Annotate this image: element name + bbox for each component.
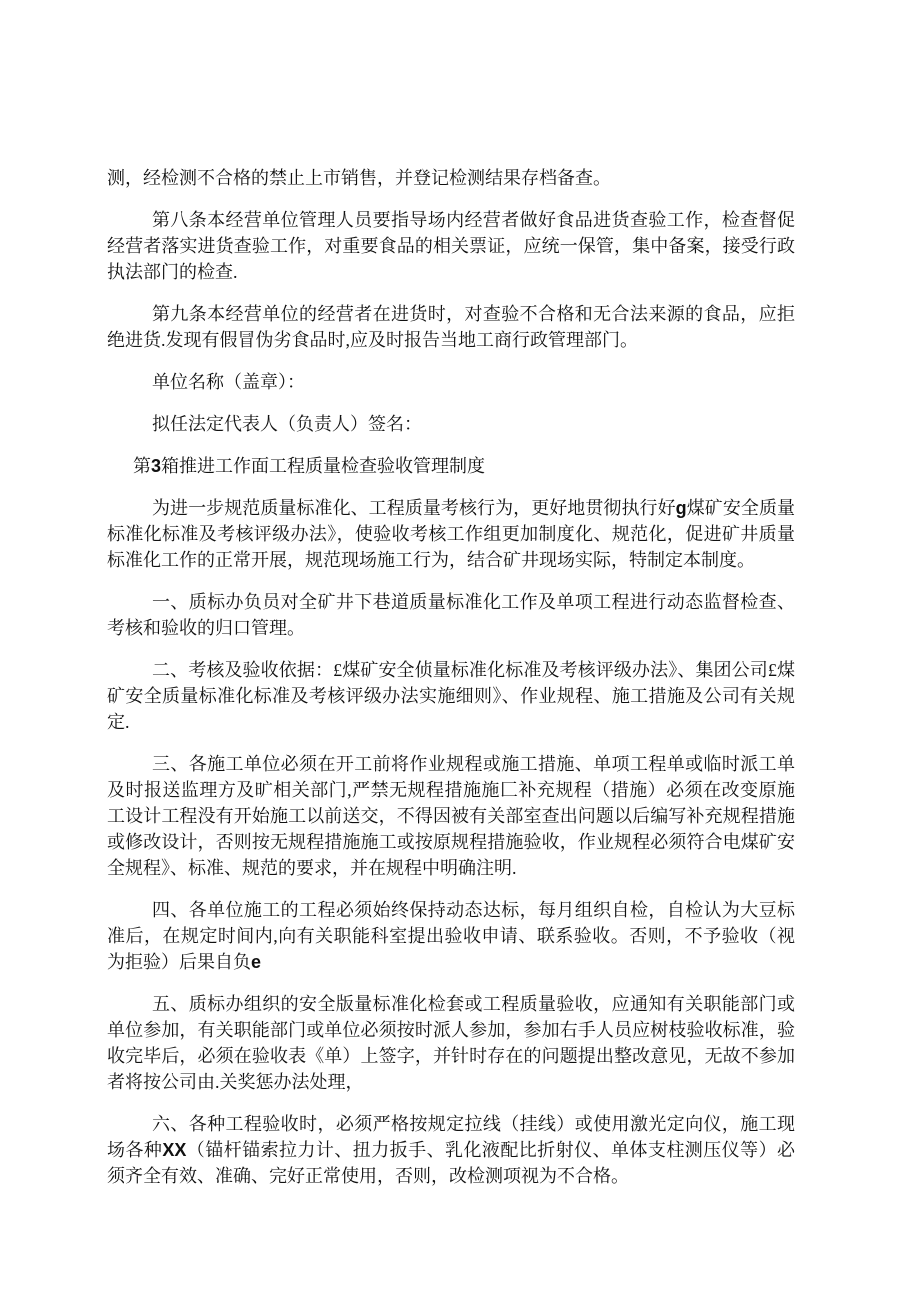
paragraph-item-6: 六、各种工程验收时，必须严格按规定拉线（挂线）或使用激光定向仪，施工现场各种XX… xyxy=(107,1111,795,1189)
document-page: 测，经检测不合格的禁止上市销售，并登记检测结果存档备查。 第八条本经营单位管理人… xyxy=(107,165,795,1205)
text-run: 五、质标办组织的安全版量标准化检套或工程质量验收，应通知有关职能部门或单位参加，… xyxy=(107,994,795,1092)
text-run: 二、考核及验收依据：£煤矿安全侦量标准化标准及考核评级办法》、集团公司£煤矿安全… xyxy=(107,660,795,732)
section-heading: 第3箱推进工作面工程质量检查验收管理制度 xyxy=(107,453,795,479)
text-run: 四、各单位施工的工程必须始终保持动态达标，每月组织自检，自检认为大豆标准后，在规… xyxy=(107,900,795,972)
text-run: 拟任法定代表人（负责人）签名： xyxy=(152,414,422,434)
paragraph-item-4: 四、各单位施工的工程必须始终保持动态达标，每月组织自检，自检认为大豆标准后，在规… xyxy=(107,897,795,975)
text-run: 箱推进工作面工程质量检查验收管理制度 xyxy=(161,456,485,476)
text-run: 第八条本经营单位管理人员要指导场内经营者做好食品进货查验工作，检查督促经营者落实… xyxy=(107,210,795,282)
paragraph-item-2: 二、考核及验收依据：£煤矿安全侦量标准化标准及考核评级办法》、集团公司£煤矿安全… xyxy=(107,657,795,735)
paragraph-item-5: 五、质标办组织的安全版量标准化检套或工程质量验收，应通知有关职能部门或单位参加，… xyxy=(107,991,795,1095)
paragraph-carryover-line: 测，经检测不合格的禁止上市销售，并登记检测结果存档备查。 xyxy=(107,165,795,191)
bold-run: XX xyxy=(162,1140,186,1160)
text-run: 三、各施工单位必须在开工前将作业规程或施工措施、单项工程单或临时派工单及时报送监… xyxy=(107,754,795,878)
bold-run: e xyxy=(251,952,261,972)
text-run: 单位名称（盖章）： xyxy=(152,372,305,392)
bold-run: g xyxy=(676,498,687,518)
text-run: 第九条本经营单位的经营者在进货时，对查验不合格和无合法来源的食品，应拒绝进货.发… xyxy=(107,304,795,350)
paragraph-intro: 为进一步规范质量标准化、工程质量考核行为，更好地贯彻执行好g煤矿安全质量标准化标… xyxy=(107,495,795,573)
paragraph-item-1: 一、质标办负员对全矿井下巷道质量标准化工作及单项工程进行动态监督检查、考核和验收… xyxy=(107,589,795,641)
paragraph-representative-sign-line: 拟任法定代表人（负责人）签名： xyxy=(107,411,795,437)
text-run: 测，经检测不合格的禁止上市销售，并登记检测结果存档备查。 xyxy=(107,168,611,188)
paragraph-item-3: 三、各施工单位必须在开工前将作业规程或施工措施、单项工程单或临时派工单及时报送监… xyxy=(107,751,795,881)
text-run: 为进一步规范质量标准化、工程质量考核行为，更好地贯彻执行好 xyxy=(152,498,676,518)
bold-run: 3 xyxy=(151,456,161,476)
paragraph-article-9: 第九条本经营单位的经营者在进货时，对查验不合格和无合法来源的食品，应拒绝进货.发… xyxy=(107,301,795,353)
text-run: 第 xyxy=(133,456,151,476)
text-run: （锚杆锚索拉力计、扭力扳手、乳化液配比折射仪、单体支柱测压仪等）必须齐全有效、准… xyxy=(107,1140,795,1186)
text-run: 一、质标办负员对全矿井下巷道质量标准化工作及单项工程进行动态监督检查、考核和验收… xyxy=(107,592,795,638)
paragraph-article-8: 第八条本经营单位管理人员要指导场内经营者做好食品进货查验工作，检查督促经营者落实… xyxy=(107,207,795,285)
paragraph-unit-name-line: 单位名称（盖章）： xyxy=(107,369,795,395)
